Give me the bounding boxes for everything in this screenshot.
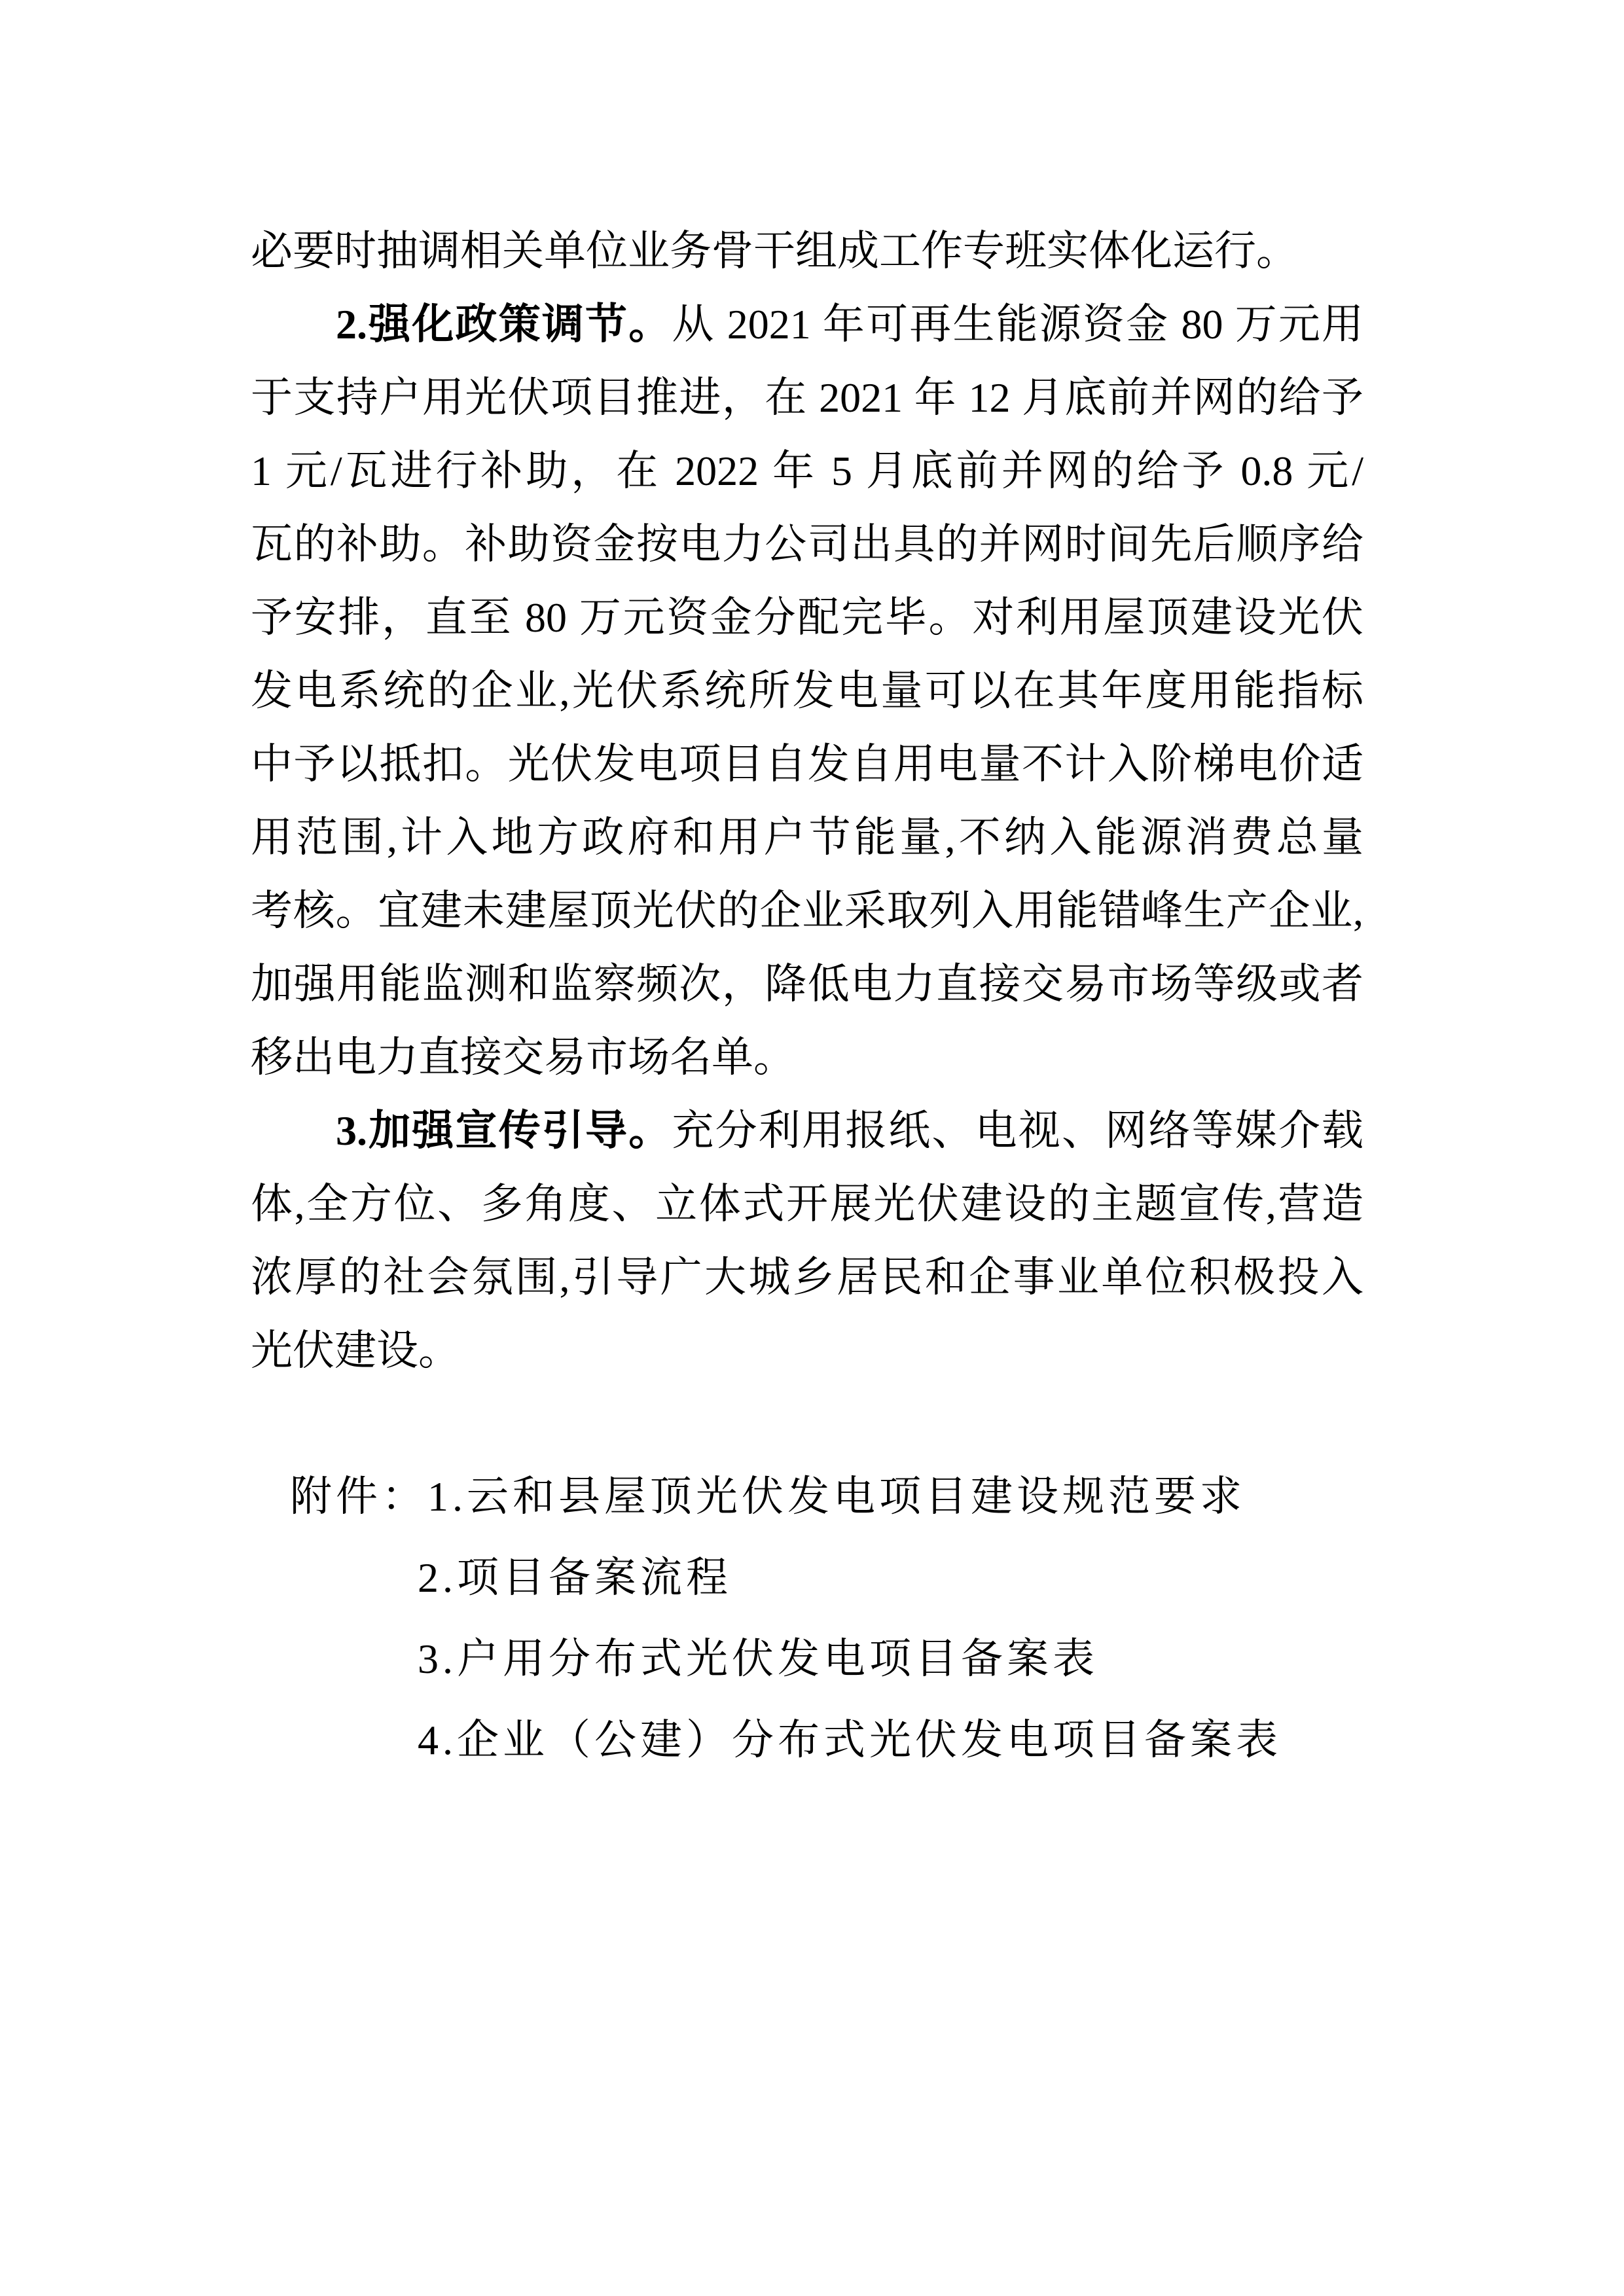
paragraph-line: 加强用能监测和监察频次，降低电力直接交易市场等级或者 [251, 948, 1363, 1021]
paragraph-line: 用范围,计入地方政府和用户节能量,不纳入能源消费总量 [251, 801, 1363, 874]
paragraph-line: 必要时抽调相关单位业务骨干组成工作专班实体化运行。 [251, 215, 1363, 288]
attachment-line: 2.项目备案流程 [251, 1537, 1363, 1619]
document-page: 必要时抽调相关单位业务骨干组成工作专班实体化运行。 2.强化政策调节。从 202… [0, 0, 1624, 2296]
attachment-list: 附件：1.云和县屋顶光伏发电项目建设规范要求 2.项目备案流程 3.户用分布式光… [251, 1456, 1363, 1781]
paragraph-text: 从 2021 年可再生能源资金 80 万元用 [672, 301, 1363, 348]
paragraph-line: 体,全方位、多角度、立体式开展光伏建设的主题宣传,营造 [251, 1168, 1363, 1241]
paragraph-line: 移出电力直接交易市场名单。 [251, 1021, 1363, 1094]
paragraph-line: 考核。宜建未建屋顶光伏的企业采取列入用能错峰生产企业, [251, 874, 1363, 948]
paragraph-line: 予安排，直至 80 万元资金分配完毕。对利用屋顶建设光伏 [251, 581, 1363, 655]
paragraph-line: 瓦的补助。补助资金按电力公司出具的并网时间先后顺序给 [251, 508, 1363, 581]
paragraph-line: 于支持户用光伏项目推进，在 2021 年 12 月底前并网的给予 [251, 361, 1363, 435]
paragraph-line: 光伏建设。 [251, 1314, 1363, 1388]
attachment-item: 1.云和县屋顶光伏发电项目建设规范要求 [427, 1473, 1246, 1520]
attachment-item: 3.户用分布式光伏发电项目备案表 [418, 1636, 1098, 1682]
paragraph-line: 2.强化政策调节。从 2021 年可再生能源资金 80 万元用 [251, 288, 1363, 361]
paragraph-line: 3.加强宣传引导。充分利用报纸、电视、网络等媒介载 [251, 1094, 1363, 1168]
attachment-line: 4.企业（公建）分布式光伏发电项目备案表 [251, 1700, 1363, 1781]
paragraph-line: 发电系统的企业,光伏系统所发电量可以在其年度用能指标 [251, 655, 1363, 728]
attachment-item: 2.项目备案流程 [418, 1554, 732, 1601]
attachment-line: 3.户用分布式光伏发电项目备案表 [251, 1619, 1363, 1700]
paragraph-bold-lead: 2.强化政策调节。 [336, 301, 672, 348]
attachment-label: 附件： [290, 1473, 427, 1520]
attachment-item: 4.企业（公建）分布式光伏发电项目备案表 [418, 1717, 1282, 1763]
document-body: 必要时抽调相关单位业务骨干组成工作专班实体化运行。 2.强化政策调节。从 202… [251, 215, 1363, 1388]
attachment-line: 附件：1.云和县屋顶光伏发电项目建设规范要求 [251, 1456, 1363, 1537]
paragraph-bold-lead: 3.加强宣传引导。 [336, 1107, 672, 1154]
paragraph-line: 中予以抵扣。光伏发电项目自发自用电量不计入阶梯电价适 [251, 728, 1363, 801]
paragraph-text: 充分利用报纸、电视、网络等媒介载 [672, 1107, 1363, 1154]
paragraph-line: 1 元/瓦进行补助，在 2022 年 5 月底前并网的给予 0.8 元/ [251, 435, 1363, 508]
paragraph-line: 浓厚的社会氛围,引导广大城乡居民和企事业单位积极投入 [251, 1241, 1363, 1314]
